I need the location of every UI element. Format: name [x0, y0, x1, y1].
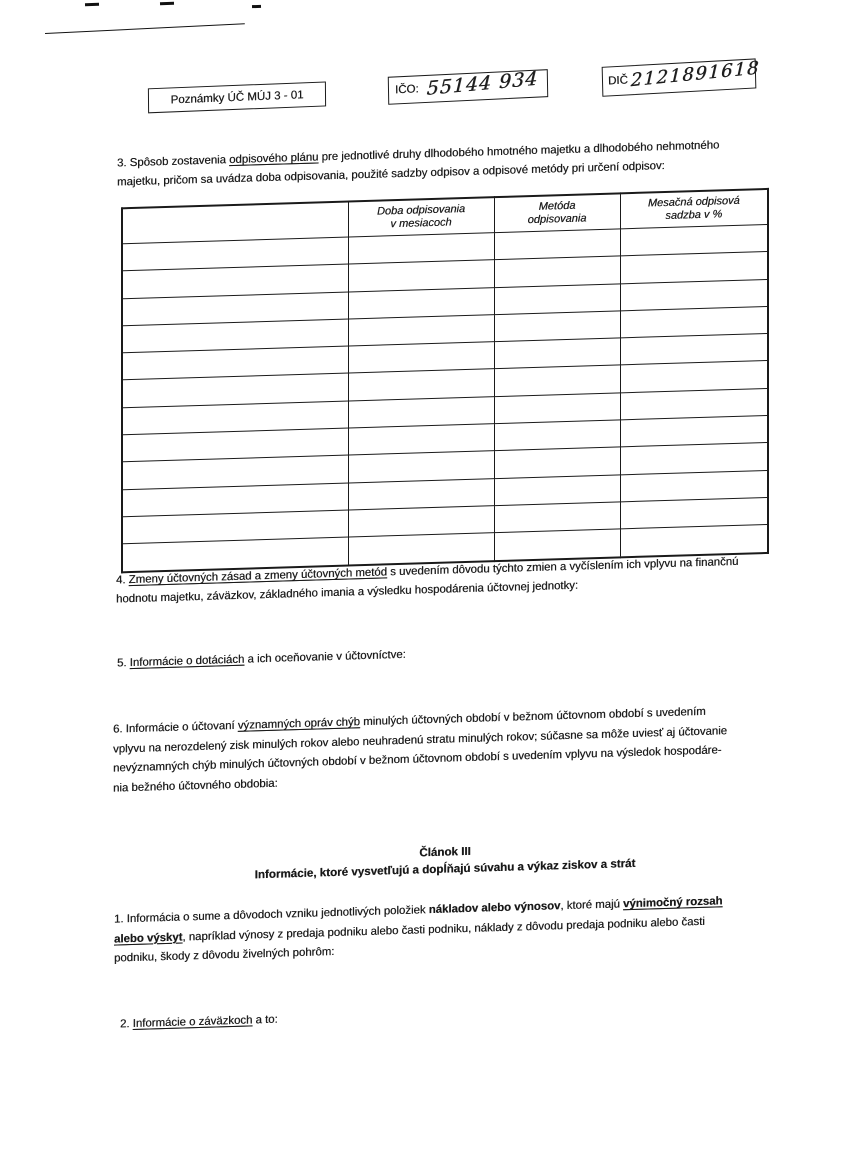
table-cell	[494, 311, 620, 342]
scanned-document-page: Poznámky ÚČ MÚJ 3 - 01 IČO: 55144 934 DI…	[0, 0, 850, 1169]
paragraph-subsidies-info: 5. Informácie o dotáciách a ich oceňovan…	[117, 646, 406, 674]
table-header-metoda-odpisovania: Metóda odpisovania	[494, 193, 620, 232]
dic-label: DIČ	[608, 74, 628, 87]
text-line: 2. Informácie o záväzkoch a to:	[120, 1011, 278, 1035]
dic-handwritten-value: 2121891618	[630, 57, 760, 91]
table-cell	[494, 338, 620, 369]
form-title-box: Poznámky ÚČ MÚJ 3 - 01	[148, 81, 326, 113]
paragraph-liabilities-info: 2. Informácie o záväzkoch a to:	[120, 1011, 278, 1035]
form-title: Poznámky ÚČ MÚJ 3 - 01	[170, 89, 303, 106]
table-cell	[494, 393, 620, 424]
table-cell	[494, 283, 620, 314]
ico-box: IČO: 55144 934	[388, 69, 548, 105]
table-header-mesacna-sadzba: Mesačná odpisová sadzba v %	[620, 189, 768, 229]
table-body	[122, 224, 768, 571]
ico-label: IČO:	[395, 83, 419, 96]
table-cell	[494, 475, 620, 506]
ico-handwritten-value: 55144 934	[426, 68, 539, 100]
table-cell	[494, 229, 620, 260]
table-cell	[494, 365, 620, 396]
paragraph-error-corrections: 6. Informácie o účtovaní významných oprá…	[113, 702, 727, 798]
table-cell	[494, 420, 620, 451]
depreciation-table: Doba odpisovania v mesiacoch Metóda odpi…	[121, 188, 769, 573]
table-header-doba-odpisovania: Doba odpisovania v mesiacoch	[348, 197, 494, 237]
table-cell	[620, 525, 768, 557]
table-cell	[494, 256, 620, 287]
text-line: 5. Informácie o dotáciách a ich oceňovan…	[117, 646, 406, 674]
paragraph-exceptional-items: 1. Informácia o sume a dôvodoch vzniku j…	[114, 892, 722, 969]
table-cell	[494, 447, 620, 478]
article-heading: Článok III Informácie, ktoré vysvetľujú …	[95, 833, 795, 888]
dic-box: DIČ 2121891618	[602, 58, 757, 96]
form-sheet: Poznámky ÚČ MÚJ 3 - 01 IČO: 55144 934 DI…	[0, 0, 850, 1169]
paragraph-depreciation-plan: 3. Spôsob zostavenia odpisového plánu pr…	[117, 136, 719, 192]
table-cell	[494, 502, 620, 533]
